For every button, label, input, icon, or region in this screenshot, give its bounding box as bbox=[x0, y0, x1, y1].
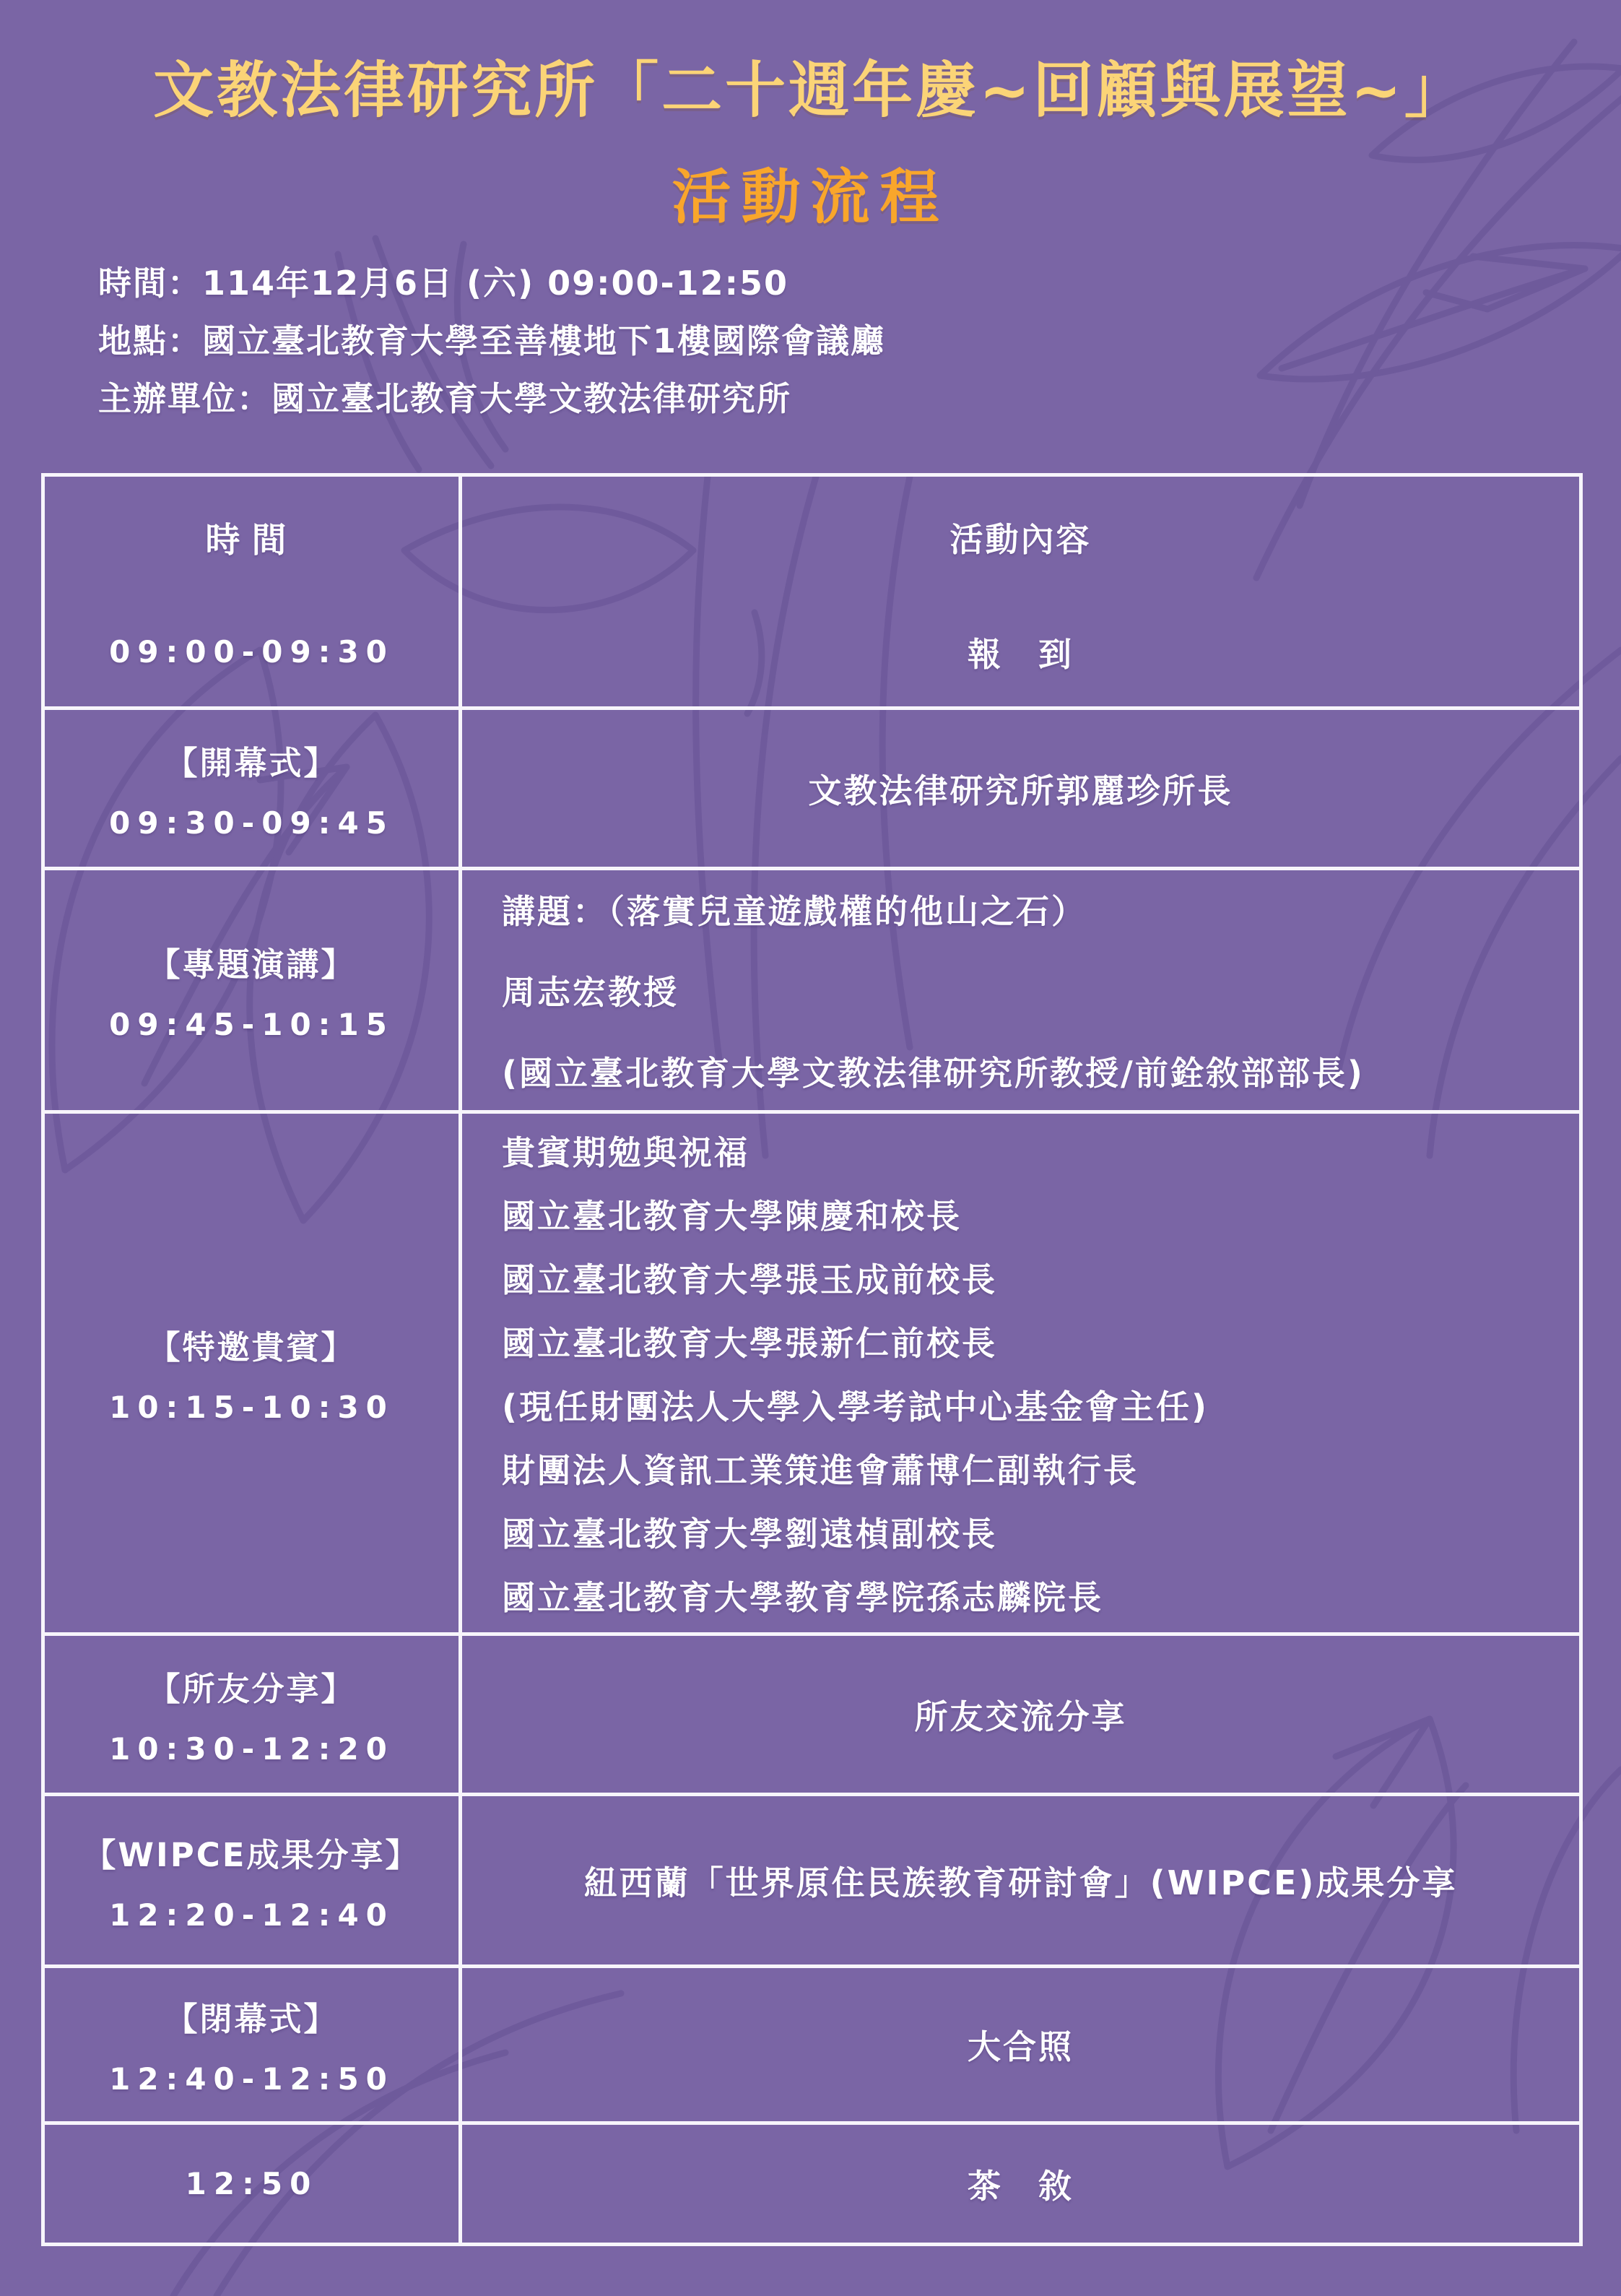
content-line: 國立臺北教育大學陳慶和校長 bbox=[502, 1190, 962, 1238]
table-row: 【專題演講】09:45-10:15講題：（落實兒童遊戲權的他山之石）周志宏教授(… bbox=[45, 867, 1579, 1110]
content-line: 報 到 bbox=[968, 628, 1074, 676]
time-cell: 【特邀貴賓】10:15-10:30 bbox=[45, 1114, 462, 1632]
content-line: 國立臺北教育大學教育學院孫志麟院長 bbox=[502, 1572, 1103, 1619]
poster-content: 文教法律研究所「二十週年慶~回顧與展望~」 活動流程 時間：114年12月6日 … bbox=[0, 0, 1621, 2296]
time-cell: 【閉幕式】12:40-12:50 bbox=[45, 1968, 462, 2121]
time-line: 10:15-10:30 bbox=[109, 1390, 394, 1425]
table-row: 09:00-09:30報 到 bbox=[45, 597, 1579, 706]
content-line: 大合照 bbox=[968, 2021, 1074, 2068]
content-line: 紐西蘭「世界原住民族教育研討會」(WIPCE)成果分享 bbox=[584, 1857, 1458, 1905]
table-header-row: 時間 活動內容 bbox=[45, 477, 1579, 597]
time-line: 12:40-12:50 bbox=[109, 2061, 394, 2097]
header-content-cell: 活動內容 bbox=[462, 477, 1579, 597]
content-cell: 紐西蘭「世界原住民族教育研討會」(WIPCE)成果分享 bbox=[462, 1796, 1579, 1964]
content-line: 講題：（落實兒童遊戲權的他山之石） bbox=[502, 885, 1087, 933]
content-cell: 報 到 bbox=[462, 597, 1579, 706]
time-line: 【閉幕式】 bbox=[165, 1993, 338, 2040]
table-row: 【閉幕式】12:40-12:50大合照 bbox=[45, 1964, 1579, 2121]
time-cell: 【WIPCE成果分享】12:20-12:40 bbox=[45, 1796, 462, 1964]
time-cell: 09:00-09:30 bbox=[45, 597, 462, 706]
poster-title-line1: 文教法律研究所「二十週年慶~回顧與展望~」 bbox=[0, 42, 1621, 129]
content-line: (國立臺北教育大學文教法律研究所教授/前銓敘部部長) bbox=[502, 1047, 1365, 1095]
time-line: 【WIPCE成果分享】 bbox=[83, 1829, 420, 1876]
time-line: 09:45-10:15 bbox=[109, 1007, 394, 1042]
table-row: 【開幕式】09:30-09:45文教法律研究所郭麗珍所長 bbox=[45, 706, 1579, 867]
content-line: 財團法人資訊工業策進會蕭博仁副執行長 bbox=[502, 1444, 1139, 1492]
time-line: 12:20-12:40 bbox=[109, 1897, 394, 1933]
time-line: 09:00-09:30 bbox=[109, 634, 394, 670]
time-line: 【特邀貴賓】 bbox=[147, 1321, 355, 1368]
content-line: 茶 敘 bbox=[968, 2160, 1074, 2208]
time-line: 【專題演講】 bbox=[147, 938, 355, 985]
table-row: 【WIPCE成果分享】12:20-12:40紐西蘭「世界原住民族教育研討會」(W… bbox=[45, 1793, 1579, 1964]
time-line: 12:50 bbox=[186, 2166, 318, 2201]
content-line: (現任財團法人大學入學考試中心基金會主任) bbox=[502, 1381, 1209, 1429]
time-cell: 【所友分享】10:30-12:20 bbox=[45, 1636, 462, 1793]
header-content-label: 活動內容 bbox=[950, 514, 1092, 561]
content-line: 所友交流分享 bbox=[915, 1691, 1127, 1738]
content-cell: 茶 敘 bbox=[462, 2125, 1579, 2243]
event-info-block: 時間：114年12月6日 (六) 09:00-12:50 地點：國立臺北教育大學… bbox=[98, 254, 885, 428]
table-row: 【特邀貴賓】10:15-10:30貴賓期勉與祝福國立臺北教育大學陳慶和校長國立臺… bbox=[45, 1110, 1579, 1632]
time-cell: 【開幕式】09:30-09:45 bbox=[45, 710, 462, 867]
content-line: 周志宏教授 bbox=[502, 966, 679, 1014]
content-line: 貴賓期勉與祝福 bbox=[502, 1127, 749, 1174]
poster-title-line2: 活動流程 bbox=[0, 150, 1621, 235]
content-cell: 貴賓期勉與祝福國立臺北教育大學陳慶和校長國立臺北教育大學張玉成前校長國立臺北教育… bbox=[462, 1114, 1579, 1632]
content-line: 文教法律研究所郭麗珍所長 bbox=[809, 765, 1233, 813]
event-time-line: 時間：114年12月6日 (六) 09:00-12:50 bbox=[98, 254, 885, 312]
content-line: 國立臺北教育大學張玉成前校長 bbox=[502, 1254, 997, 1301]
header-time-label: 時間 bbox=[205, 512, 297, 562]
time-line: 【開幕式】 bbox=[165, 737, 338, 784]
time-line: 【所友分享】 bbox=[147, 1663, 355, 1710]
event-location-line: 地點：國立臺北教育大學至善樓地下1樓國際會議廳 bbox=[98, 312, 885, 370]
content-cell: 講題：（落實兒童遊戲權的他山之石）周志宏教授(國立臺北教育大學文教法律研究所教授… bbox=[462, 870, 1579, 1110]
content-line: 國立臺北教育大學劉遠楨副校長 bbox=[502, 1508, 997, 1556]
content-cell: 文教法律研究所郭麗珍所長 bbox=[462, 710, 1579, 867]
header-time-cell: 時間 bbox=[45, 477, 462, 597]
event-organizer-line: 主辦單位：國立臺北教育大學文教法律研究所 bbox=[98, 370, 885, 428]
table-row: 【所友分享】10:30-12:20所友交流分享 bbox=[45, 1632, 1579, 1793]
time-cell: 12:50 bbox=[45, 2125, 462, 2243]
table-row: 12:50茶 敘 bbox=[45, 2121, 1579, 2243]
time-line: 09:30-09:45 bbox=[109, 805, 394, 841]
time-cell: 【專題演講】09:45-10:15 bbox=[45, 870, 462, 1110]
schedule-table: 時間 活動內容 09:00-09:30報 到【開幕式】09:30-09:45文教… bbox=[41, 473, 1583, 2246]
content-cell: 大合照 bbox=[462, 1968, 1579, 2121]
content-line: 國立臺北教育大學張新仁前校長 bbox=[502, 1317, 997, 1365]
event-schedule-poster: 文教法律研究所「二十週年慶~回顧與展望~」 活動流程 時間：114年12月6日 … bbox=[0, 0, 1621, 2296]
content-cell: 所友交流分享 bbox=[462, 1636, 1579, 1793]
time-line: 10:30-12:20 bbox=[109, 1731, 394, 1767]
